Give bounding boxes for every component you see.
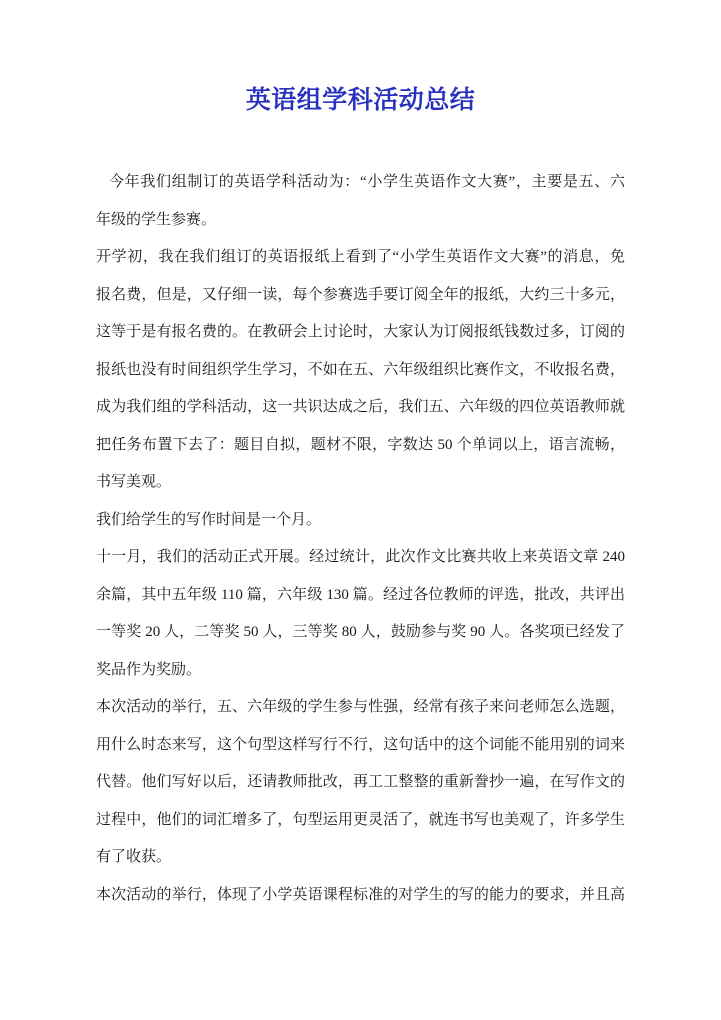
text-line: 报名费，但是，又仔细一读，每个参赛选手要订阅全年的报纸，大约三十多元， xyxy=(96,277,625,315)
text-line: 开学初，我在我们组订的英语报纸上看到了“小学生英语作文大赛”的消息，免 xyxy=(96,239,625,277)
text-line: 今年我们组制订的英语学科活动为：“小学生英语作文大赛”，主要是五、六 xyxy=(96,164,625,202)
text-line: 把任务布置下去了：题目自拟，题材不限，字数达 50 个单词以上，语言流畅， xyxy=(96,427,625,465)
text-line: 过程中，他们的词汇增多了，句型运用更灵活了，就连书写也美观了，许多学生 xyxy=(96,802,625,840)
text-line: 用什么时态来写，这个句型这样写行不行，这句话中的这个词能不能用别的词来 xyxy=(96,727,625,765)
text-line: 成为我们组的学科活动，这一共识达成之后，我们五、六年级的四位英语教师就 xyxy=(96,389,625,427)
text-line: 年级的学生参赛。 xyxy=(96,202,625,240)
text-line: 书写美观。 xyxy=(96,464,625,502)
text-line: 代替。他们写好以后，还请教师批改，再工工整整的重新誊抄一遍，在写作文的 xyxy=(96,764,625,802)
document-title: 英语组学科活动总结 xyxy=(0,86,721,116)
text-line: 奖品作为奖励。 xyxy=(96,652,625,690)
text-line: 我们给学生的写作时间是一个月。 xyxy=(96,502,625,540)
document-body: 今年我们组制订的英语学科活动为：“小学生英语作文大赛”，主要是五、六年级的学生参… xyxy=(96,164,625,914)
text-line: 报纸也没有时间组织学生学习，不如在五、六年级组织比赛作文，不收报名费， xyxy=(96,352,625,390)
text-line: 余篇，其中五年级 110 篇，六年级 130 篇。经过各位教师的评选，批改，共评… xyxy=(96,577,625,615)
text-line: 本次活动的举行，体现了小学英语课程标准的对学生的写的能力的要求，并且高 xyxy=(96,877,625,915)
text-line: 十一月，我们的活动正式开展。经过统计，此次作文比赛共收上来英语文章 240 xyxy=(96,539,625,577)
text-line: 有了收获。 xyxy=(96,839,625,877)
text-line: 这等于是有报名费的。在教研会上讨论时，大家认为订阅报纸钱数过多，订阅的 xyxy=(96,314,625,352)
text-line: 本次活动的举行，五、六年级的学生参与性强，经常有孩子来问老师怎么选题， xyxy=(96,689,625,727)
text-line: 一等奖 20 人，二等奖 50 人，三等奖 80 人，鼓励参与奖 90 人。各奖… xyxy=(96,614,625,652)
document-page: 英语组学科活动总结 今年我们组制订的英语学科活动为：“小学生英语作文大赛”，主要… xyxy=(0,0,721,1020)
